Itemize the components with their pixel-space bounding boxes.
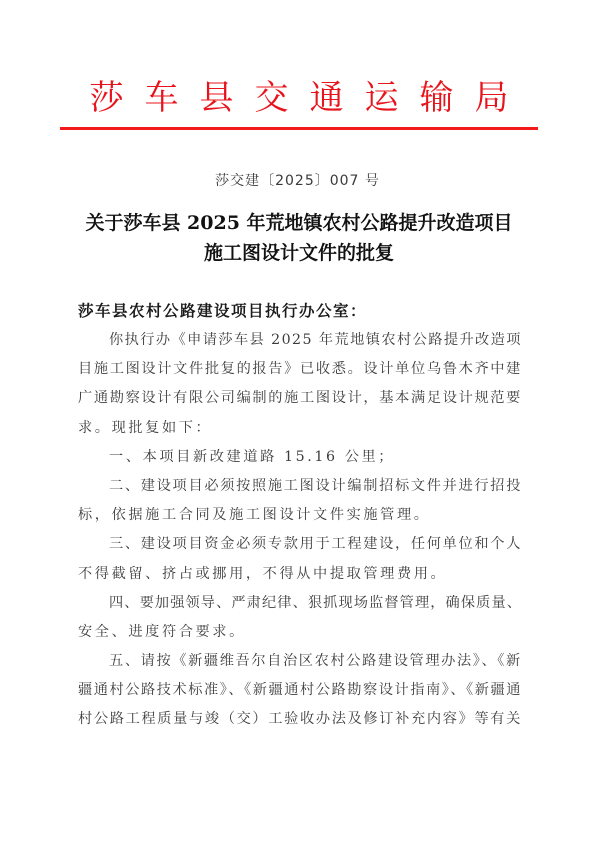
document-number: 莎交建〔2025〕007 号 bbox=[0, 171, 595, 191]
body-line-item-2: 二、建设项目必须按照施工图设计编制招标文件并进行招投 bbox=[78, 472, 523, 501]
body-line-item-3: 三、建设项目资金必须专款用于工程建设，任何单位和个人 bbox=[78, 530, 523, 559]
letterhead-red-rule bbox=[60, 127, 538, 130]
body-line: 你执行办《申请莎车县 2025 年荒地镇农村公路提升改造项 bbox=[78, 326, 523, 355]
body-line-item-5: 五、请按《新疆维吾尔自治区农村公路建设管理办法》、《新 bbox=[78, 647, 523, 676]
body-line: 标，依据施工合同及施工图设计文件实施管理。 bbox=[78, 501, 523, 530]
body-line: 疆通村公路技术标准》、《新疆通村公路勘察设计指南》、《新疆通 bbox=[78, 676, 523, 705]
document-title-line-1: 关于莎车县 2025 年荒地镇农村公路提升改造项目 bbox=[60, 208, 538, 238]
document-title-line-2: 施工图设计文件的批复 bbox=[60, 238, 538, 268]
document-body: 你执行办《申请莎车县 2025 年荒地镇农村公路提升改造项 目施工图设计文件批复… bbox=[78, 326, 523, 735]
body-line-item-4: 四、要加强领导、严肃纪律、狠抓现场监督管理，确保质量、 bbox=[78, 589, 523, 618]
body-line: 村公路工程质量与竣（交）工验收办法及修订补充内容》等有关 bbox=[78, 705, 523, 734]
document-page: 莎车县交通运输局 莎交建〔2025〕007 号 关于莎车县 2025 年荒地镇农… bbox=[0, 0, 595, 841]
body-line-item-1: 一、本项目新改建道路 15.16 公里； bbox=[78, 443, 523, 472]
body-line: 不得截留、挤占或挪用，不得从中提取管理费用。 bbox=[78, 560, 523, 589]
document-title: 关于莎车县 2025 年荒地镇农村公路提升改造项目 施工图设计文件的批复 bbox=[60, 208, 538, 268]
body-line: 安全、进度符合要求。 bbox=[78, 618, 523, 647]
body-line: 广通勘察设计有限公司编制的施工图设计，基本满足设计规范要 bbox=[78, 384, 523, 413]
body-line: 目施工图设计文件批复的报告》已收悉。设计单位乌鲁木齐中建 bbox=[78, 355, 523, 384]
body-line: 求。现批复如下： bbox=[78, 414, 523, 443]
recipient-salutation: 莎车县农村公路建设项目执行办公室： bbox=[78, 300, 367, 322]
agency-letterhead: 莎车县交通运输局 bbox=[60, 78, 538, 118]
